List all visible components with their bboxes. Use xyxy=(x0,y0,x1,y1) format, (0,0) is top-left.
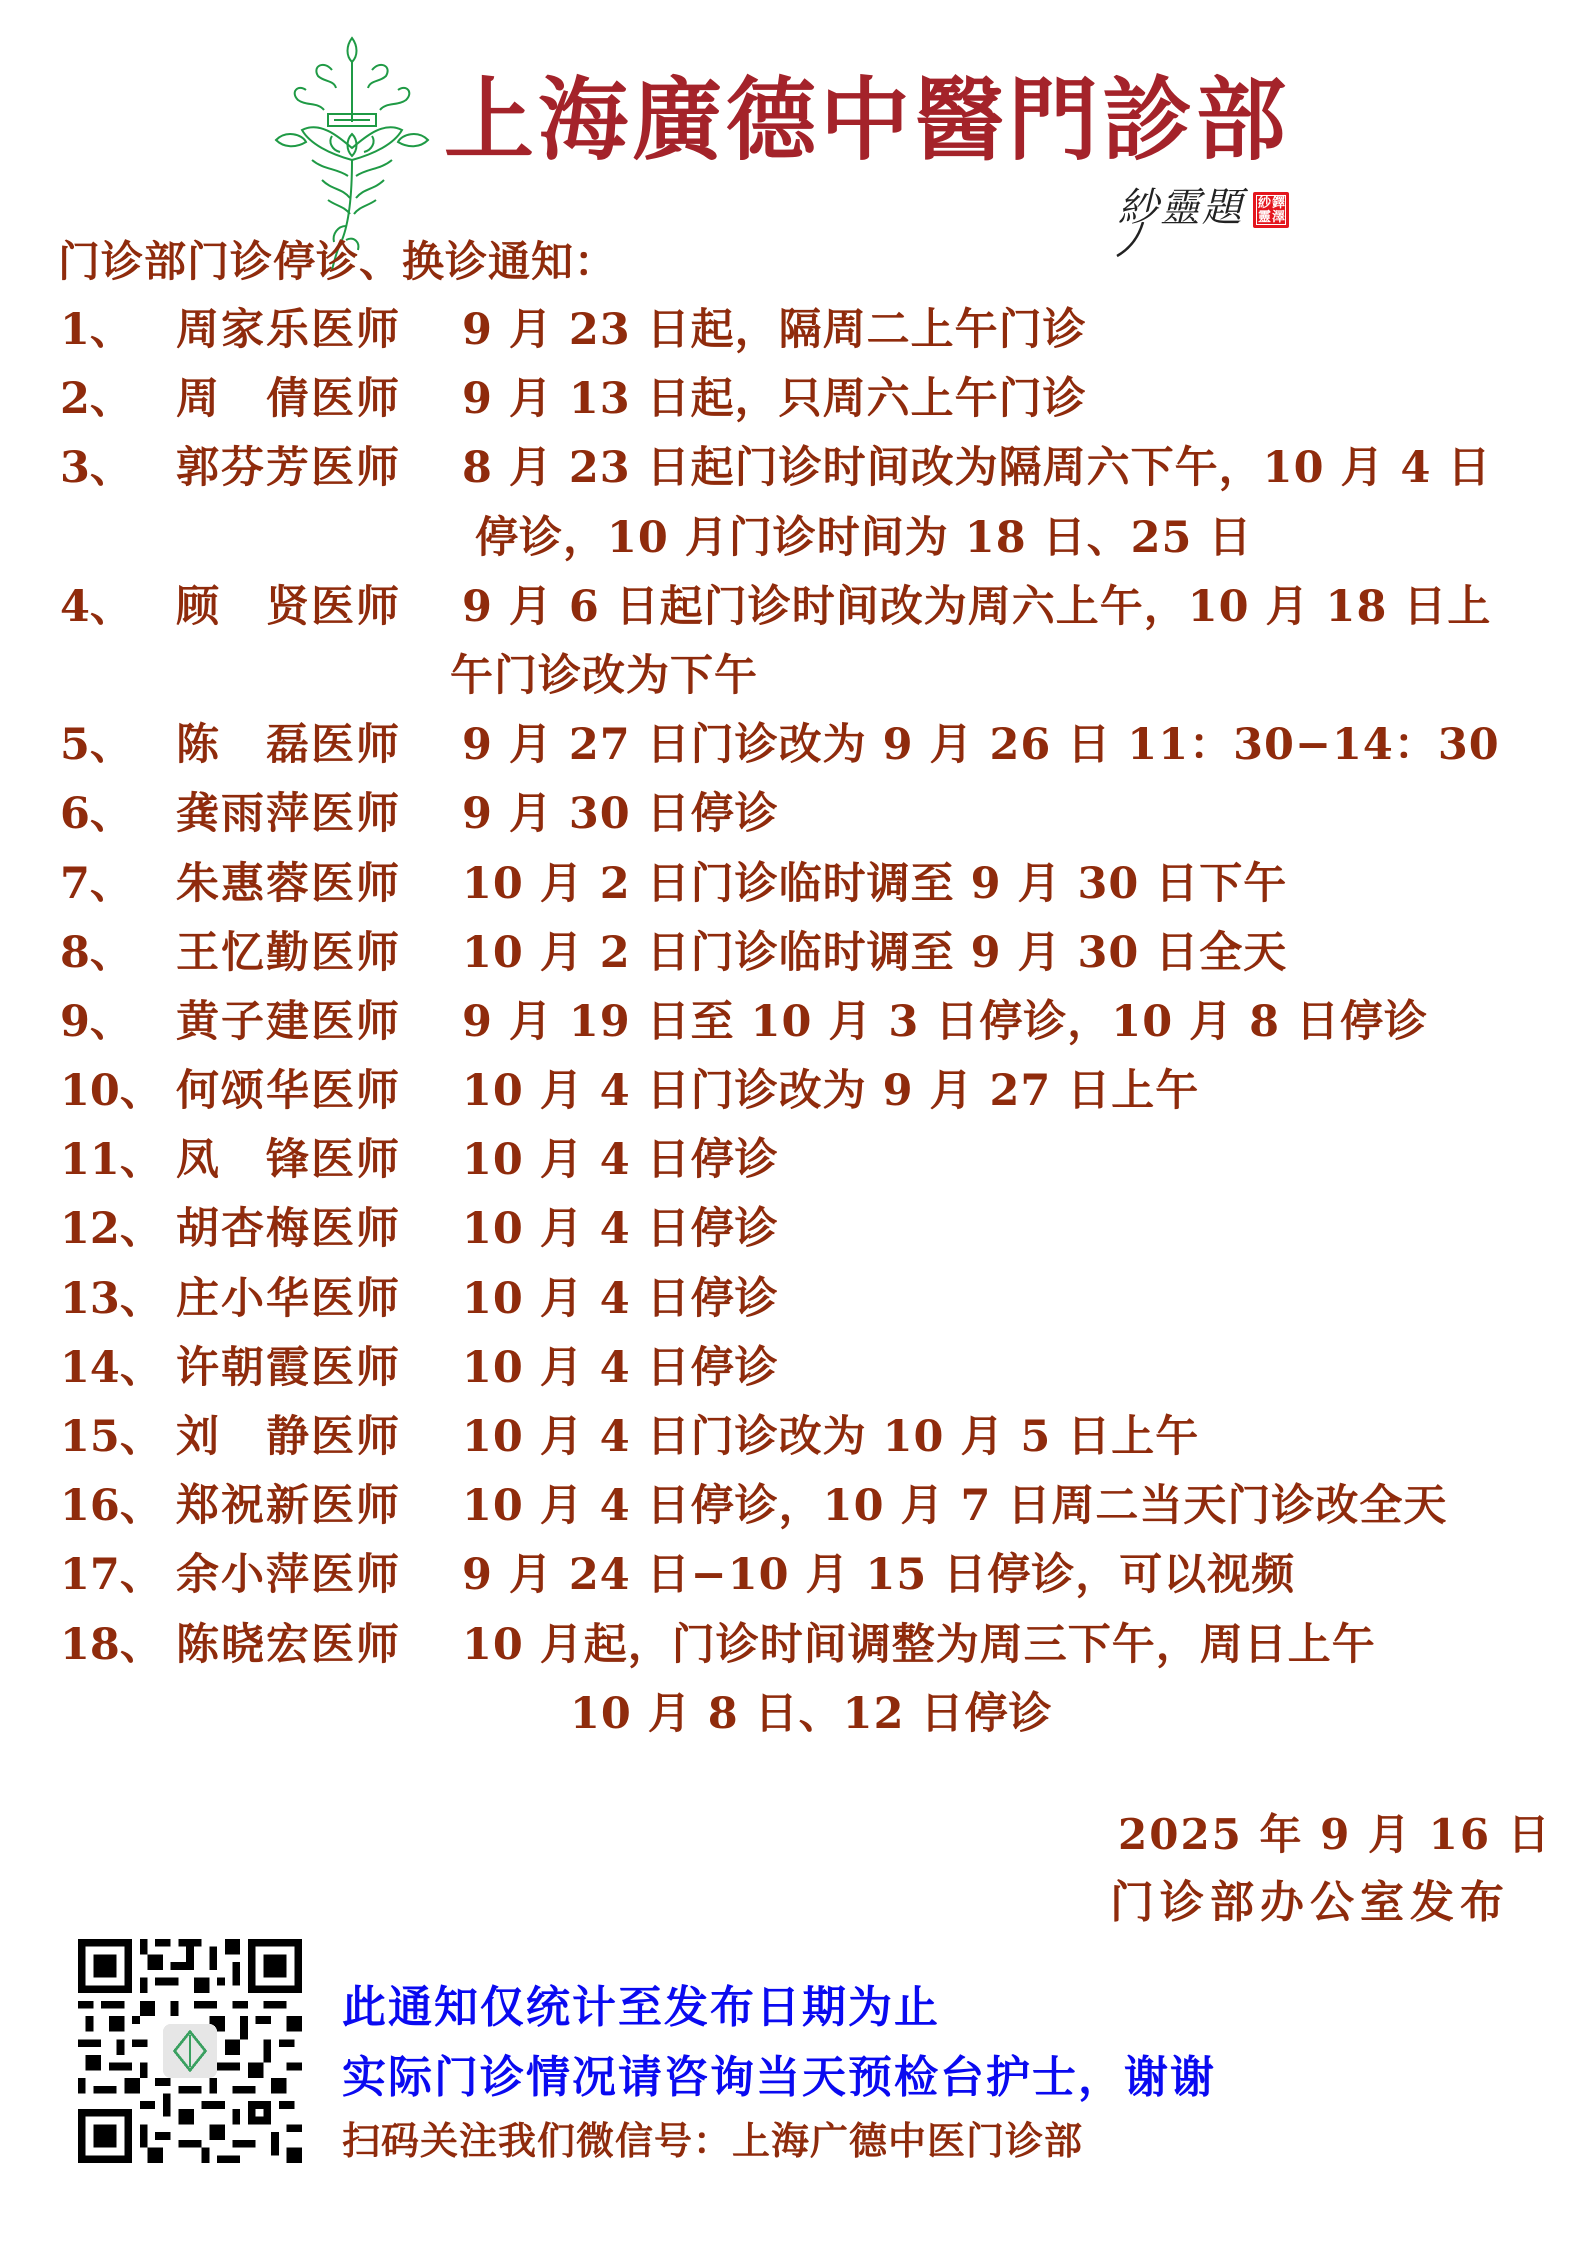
schedule-detail: 10 月 4 日停诊 xyxy=(462,1265,779,1334)
schedule-detail: 9 月 19 日至 10 月 3 日停诊，10 月 8 日停诊 xyxy=(462,988,1428,1057)
publish-date: 2025 年 9 月 16 日 xyxy=(1118,1808,1552,1862)
schedule-detail: 10 月 4 日门诊改为 10 月 5 日上午 xyxy=(462,1403,1199,1472)
item-number: 8、 xyxy=(60,919,133,988)
schedule-detail: 10 月 2 日门诊临时调至 9 月 30 日全天 xyxy=(462,919,1287,988)
notice-heading: 门诊部门诊停诊、换诊通知： xyxy=(58,236,617,288)
schedule-detail: 9 月 24 日−10 月 15 日停诊，可以视频 xyxy=(462,1541,1295,1610)
item-number: 12、 xyxy=(60,1195,163,1264)
doctor-name: 龚雨萍医师 xyxy=(176,780,401,849)
schedule-detail: 10 月起，门诊时间调整为周三下午，周日上午 xyxy=(462,1611,1376,1680)
list-item: 9、 黄子建医师 9 月 19 日至 10 月 3 日停诊，10 月 8 日停诊 xyxy=(0,988,1588,1057)
doctor-name: 朱惠蓉医师 xyxy=(176,850,401,919)
doctor-name: 庄小华医师 xyxy=(176,1265,401,1334)
list-item: 7、 朱惠蓉医师 10 月 2 日门诊临时调至 9 月 30 日下午 xyxy=(0,850,1588,919)
doctor-name: 陈晓宏医师 xyxy=(176,1611,401,1680)
list-item: 11、 凤 锋医师 10 月 4 日停诊 xyxy=(0,1126,1588,1195)
schedule-detail: 9 月 30 日停诊 xyxy=(462,780,779,849)
item-number: 14、 xyxy=(60,1334,163,1403)
list-item: 6、 龚雨萍医师 9 月 30 日停诊 xyxy=(0,780,1588,849)
item-number: 3、 xyxy=(60,434,133,503)
item-number: 1、 xyxy=(60,296,133,365)
list-item: 10、 何颂华医师 10 月 4 日门诊改为 9 月 27 日上午 xyxy=(0,1057,1588,1126)
schedule-detail: 9 月 13 日起，只周六上午门诊 xyxy=(462,365,1087,434)
schedule-detail: 10 月 2 日门诊临时调至 9 月 30 日下午 xyxy=(462,850,1287,919)
seal-char: 紗 xyxy=(1258,197,1271,211)
doctor-name: 胡杏梅医师 xyxy=(176,1195,401,1264)
schedule-detail: 10 月 4 日停诊 xyxy=(462,1334,779,1403)
item-number: 13、 xyxy=(60,1265,163,1334)
schedule-detail: 9 月 23 日起，隔周二上午门诊 xyxy=(462,296,1087,365)
red-seal-stamp-icon: 紗 靈 鐸 澤 xyxy=(1253,192,1289,228)
list-item: 3、 郭芬芳医师 8 月 23 日起门诊时间改为隔周六下午，10 月 4 日 xyxy=(0,434,1588,503)
seal-char: 澤 xyxy=(1272,211,1285,225)
list-item: 2、 周 倩医师 9 月 13 日起，只周六上午门诊 xyxy=(0,365,1588,434)
doctor-name: 许朝霞医师 xyxy=(176,1334,401,1403)
item-number: 2、 xyxy=(60,365,133,434)
list-item: 18、 陈晓宏医师 10 月起，门诊时间调整为周三下午，周日上午 xyxy=(0,1611,1588,1680)
schedule-detail: 8 月 23 日起门诊时间改为隔周六下午，10 月 4 日 xyxy=(462,434,1491,503)
item-number: 10、 xyxy=(60,1057,163,1126)
schedule-detail-continuation: 10 月 8 日、12 日停诊 xyxy=(570,1680,1052,1749)
doctor-name: 刘 静医师 xyxy=(176,1403,401,1472)
item-number: 18、 xyxy=(60,1611,163,1680)
list-item: 17、 余小萍医师 9 月 24 日−10 月 15 日停诊，可以视频 xyxy=(0,1541,1588,1610)
doctor-name: 陈 磊医师 xyxy=(176,711,401,780)
doctor-name: 郑祝新医师 xyxy=(176,1472,401,1541)
schedule-detail: 10 月 4 日停诊，10 月 7 日周二当天门诊改全天 xyxy=(462,1472,1447,1541)
list-item-continuation: 午门诊改为下午 xyxy=(0,642,1588,711)
list-item: 12、 胡杏梅医师 10 月 4 日停诊 xyxy=(0,1195,1588,1264)
list-item-continuation: 停诊，10 月门诊时间为 18 日、25 日 xyxy=(0,504,1588,573)
schedule-detail: 9 月 27 日门诊改为 9 月 26 日 11：30−14：30 xyxy=(462,711,1500,780)
list-item: 13、 庄小华医师 10 月 4 日停诊 xyxy=(0,1265,1588,1334)
schedule-detail-continuation: 停诊，10 月门诊时间为 18 日、25 日 xyxy=(475,504,1252,573)
publisher: 门诊部办公室发布 xyxy=(1110,1876,1510,1930)
list-item: 1、 周家乐医师 9 月 23 日起，隔周二上午门诊 xyxy=(0,296,1588,365)
list-item-continuation: 10 月 8 日、12 日停诊 xyxy=(0,1680,1588,1749)
doctor-name: 何颂华医师 xyxy=(176,1057,401,1126)
schedule-detail-continuation: 午门诊改为下午 xyxy=(450,642,758,711)
item-number: 11、 xyxy=(60,1126,163,1195)
doctor-name: 王忆勤医师 xyxy=(176,919,401,988)
list-item: 14、 许朝霞医师 10 月 4 日停诊 xyxy=(0,1334,1588,1403)
notice-disclaimer-line1: 此通知仅统计至发布日期为止 xyxy=(342,1982,940,2034)
list-item: 16、 郑祝新医师 10 月 4 日停诊，10 月 7 日周二当天门诊改全天 xyxy=(0,1472,1588,1541)
list-item: 15、 刘 静医师 10 月 4 日门诊改为 10 月 5 日上午 xyxy=(0,1403,1588,1472)
list-item: 5、 陈 磊医师 9 月 27 日门诊改为 9 月 26 日 11：30−14：… xyxy=(0,711,1588,780)
schedule-detail: 9 月 6 日起门诊时间改为周六上午，10 月 18 日上 xyxy=(462,573,1491,642)
list-item: 8、 王忆勤医师 10 月 2 日门诊临时调至 9 月 30 日全天 xyxy=(0,919,1588,988)
doctor-name: 黄子建医师 xyxy=(176,988,401,1057)
doctor-name: 郭芬芳医师 xyxy=(176,434,401,503)
doctor-name: 余小萍医师 xyxy=(176,1541,401,1610)
doctor-name: 凤 锋医师 xyxy=(176,1126,401,1195)
schedule-detail: 10 月 4 日门诊改为 9 月 27 日上午 xyxy=(462,1057,1199,1126)
doctor-name: 周家乐医师 xyxy=(176,296,401,365)
item-number: 16、 xyxy=(60,1472,163,1541)
list-item: 4、 顾 贤医师 9 月 6 日起门诊时间改为周六上午，10 月 18 日上 xyxy=(0,573,1588,642)
item-number: 9、 xyxy=(60,988,133,1057)
item-number: 4、 xyxy=(60,573,133,642)
item-number: 5、 xyxy=(60,711,133,780)
item-number: 7、 xyxy=(60,850,133,919)
seal-char: 鐸 xyxy=(1272,197,1285,211)
wechat-follow-text: 扫码关注我们微信号：上海广德中医门诊部 xyxy=(342,2118,1083,2164)
schedule-detail: 10 月 4 日停诊 xyxy=(462,1195,779,1264)
schedule-detail: 10 月 4 日停诊 xyxy=(462,1126,779,1195)
lotus-logo-icon xyxy=(262,30,442,270)
doctor-name: 周 倩医师 xyxy=(176,365,401,434)
seal-char: 靈 xyxy=(1258,211,1271,225)
item-number: 6、 xyxy=(60,780,133,849)
signature-stroke-icon xyxy=(1115,222,1185,258)
wechat-qr-code-icon[interactable] xyxy=(78,1939,302,2163)
notice-list: 1、 周家乐医师 9 月 23 日起，隔周二上午门诊 2、 周 倩医师 9 月 … xyxy=(0,296,1588,1749)
clinic-title: 上海廣德中醫門診部 xyxy=(444,60,1290,180)
item-number: 15、 xyxy=(60,1403,163,1472)
doctor-name: 顾 贤医师 xyxy=(176,573,401,642)
notice-disclaimer-line2: 实际门诊情况请咨询当天预检台护士，谢谢 xyxy=(342,2052,1216,2104)
item-number: 17、 xyxy=(60,1541,163,1610)
